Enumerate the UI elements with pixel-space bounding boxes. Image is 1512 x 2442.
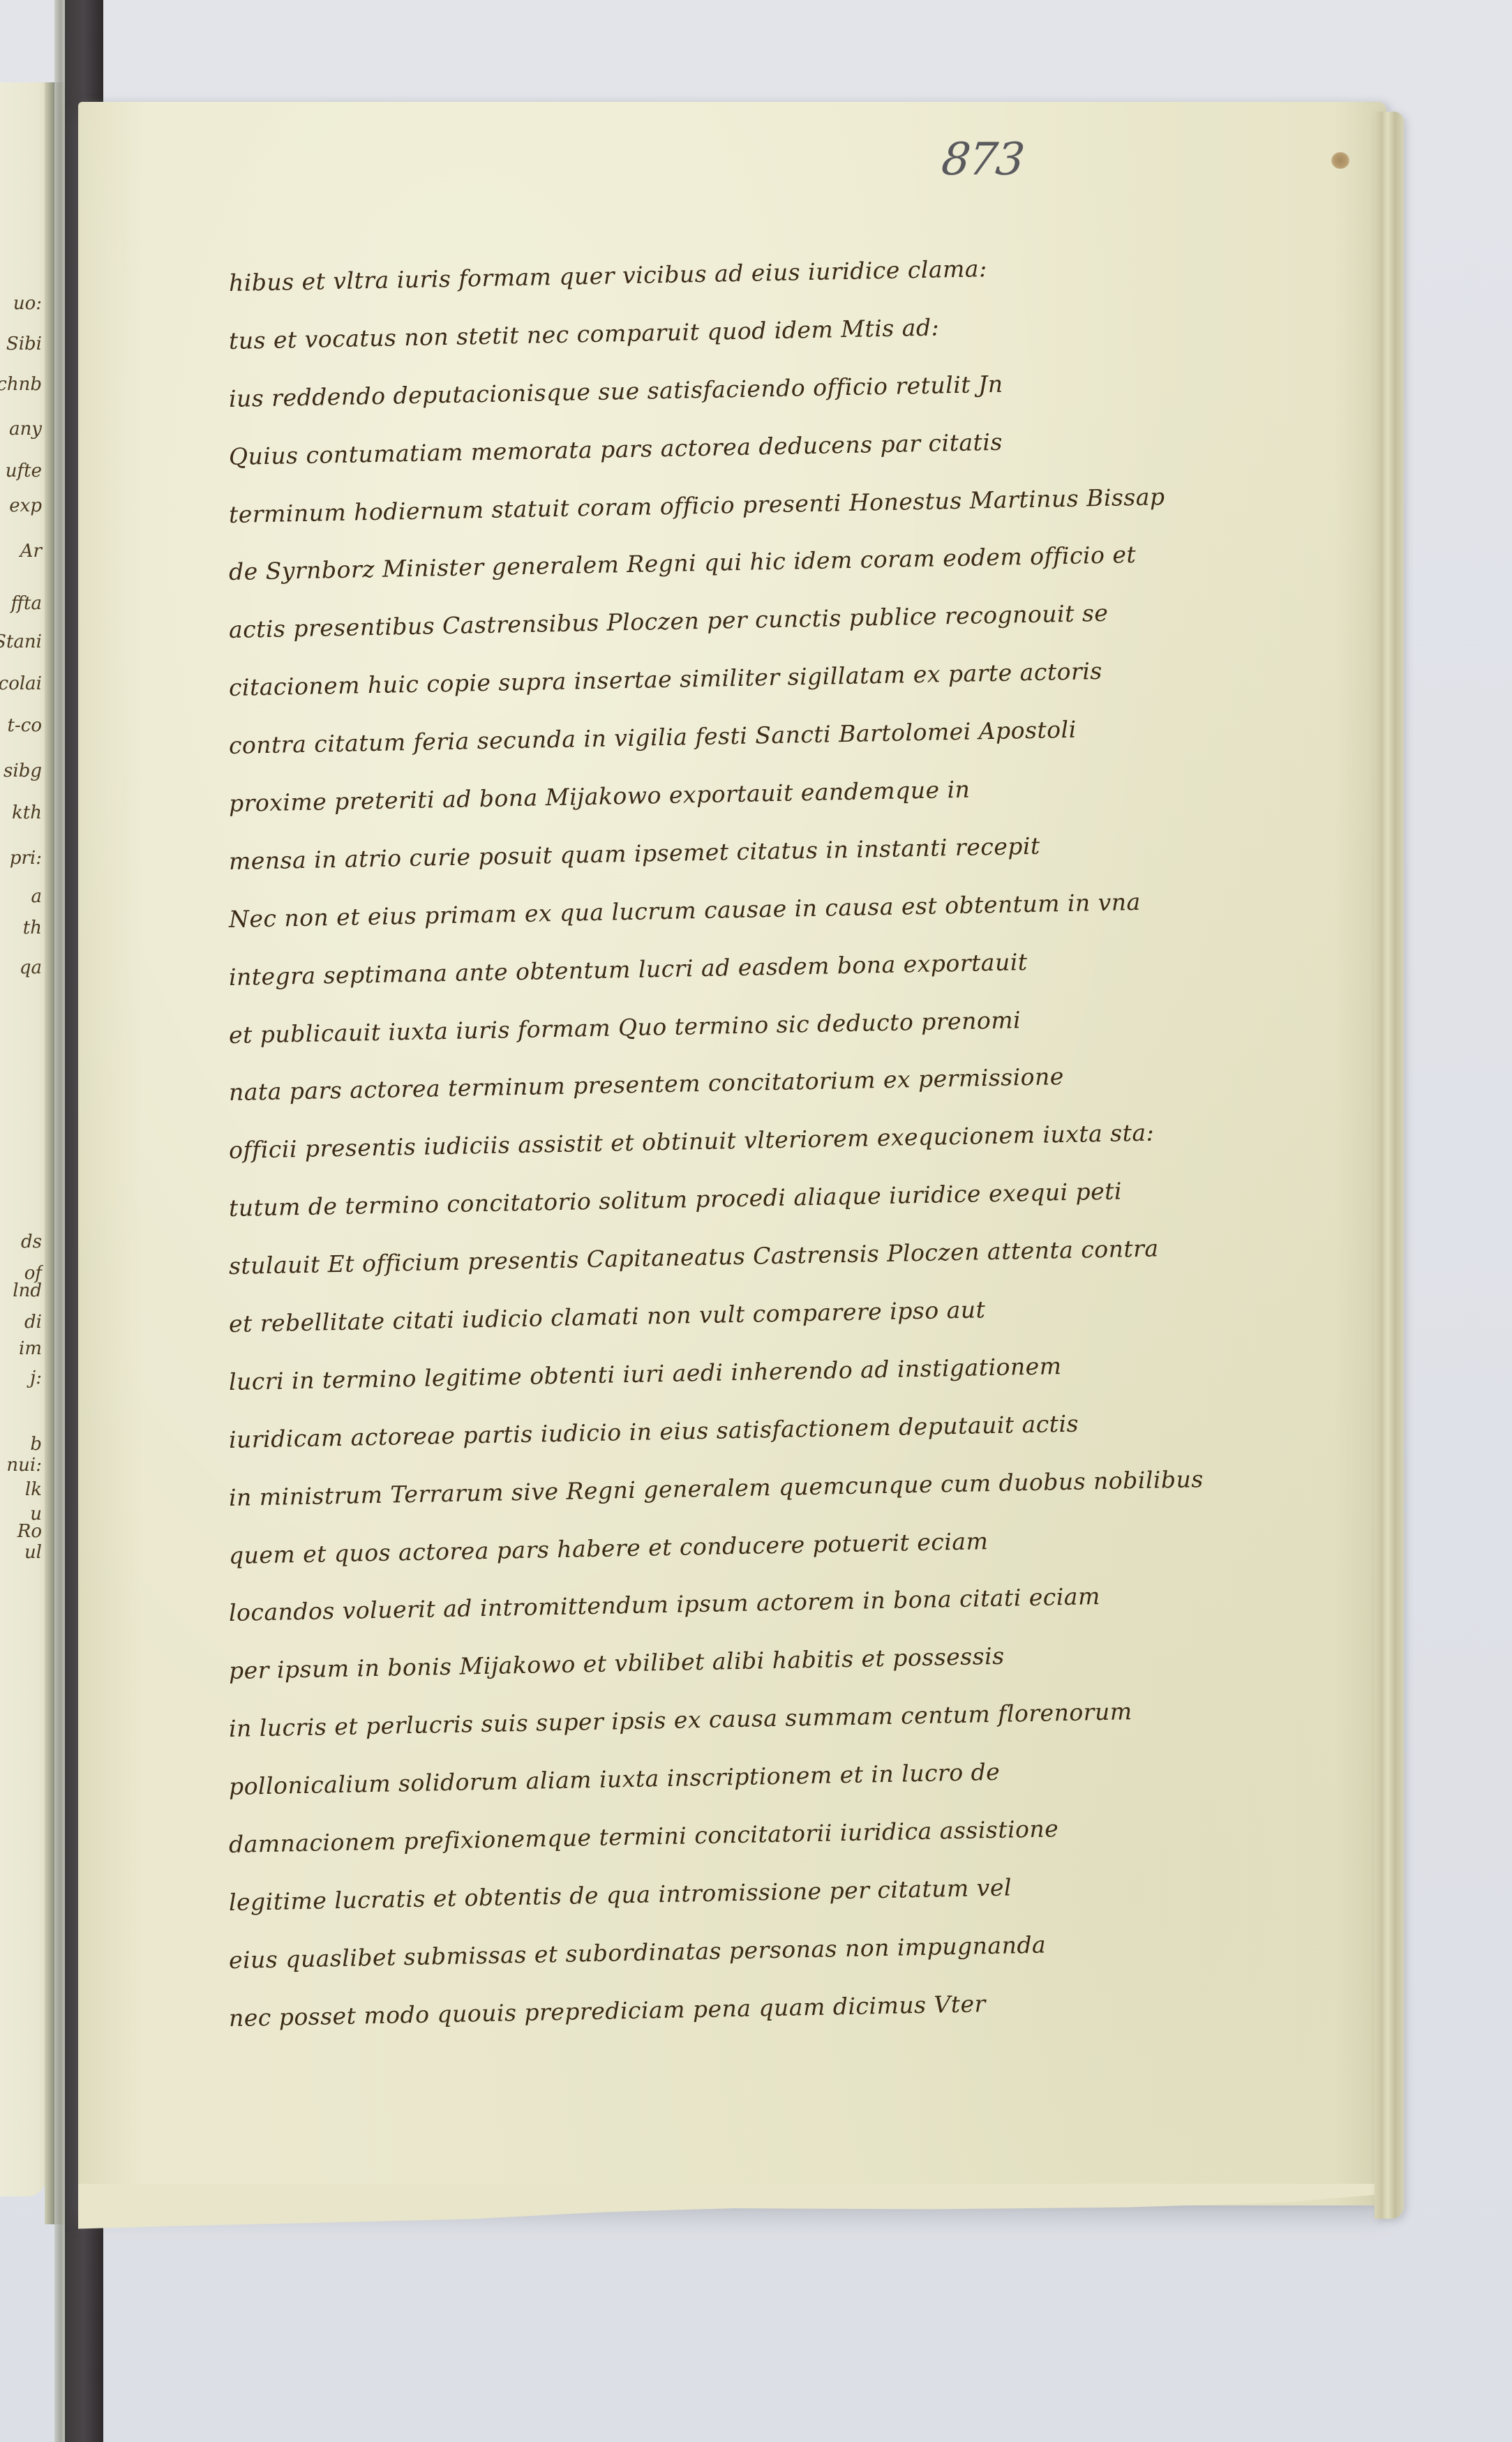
margin-fragment: di: [24, 1312, 42, 1333]
margin-fragment: ul: [24, 1542, 42, 1563]
margin-fragment: th: [23, 917, 42, 938]
margin-fragment: pri:: [10, 848, 42, 869]
margin-fragment: Stani: [0, 631, 42, 652]
margin-fragment: any: [9, 419, 42, 440]
margin-fragment: Ro: [17, 1521, 42, 1542]
margin-fragment: exp: [9, 495, 42, 516]
margin-fragment: qa: [20, 957, 42, 978]
margin-fragment: ds: [21, 1231, 42, 1252]
margin-fragment: ffta: [11, 593, 42, 614]
margin-fragment: nui:: [6, 1455, 42, 1476]
ink-stain-dot: [1331, 152, 1349, 169]
margin-fragment: Ar: [20, 541, 42, 562]
margin-fragment: ufte: [6, 460, 42, 481]
folio-number: 873: [939, 134, 1026, 186]
margin-fragment: a: [31, 886, 42, 907]
margin-fragment: im: [19, 1338, 42, 1359]
margin-fragment: j:: [30, 1368, 42, 1388]
margin-fragment: Sibi: [6, 334, 42, 354]
manuscript-text-block: hibus et vltra iuris formam quer vicibus…: [229, 255, 1282, 2048]
margin-fragment: chnb: [0, 374, 42, 395]
margin-fragment: uo:: [13, 293, 42, 314]
margin-fragment: sibg: [3, 761, 42, 781]
margin-fragment: t-co: [8, 715, 42, 736]
previous-page-margin-text: uo:SibichnbanyufteexpArfftaStanicolait-c…: [0, 0, 43, 2442]
margin-fragment: colai: [0, 673, 42, 694]
margin-fragment: kth: [12, 802, 42, 823]
margin-fragment: b: [30, 1434, 42, 1455]
page-fore-edge: [1375, 112, 1404, 2219]
margin-fragment: lk: [25, 1479, 42, 1500]
margin-fragment: lnd: [13, 1280, 42, 1301]
